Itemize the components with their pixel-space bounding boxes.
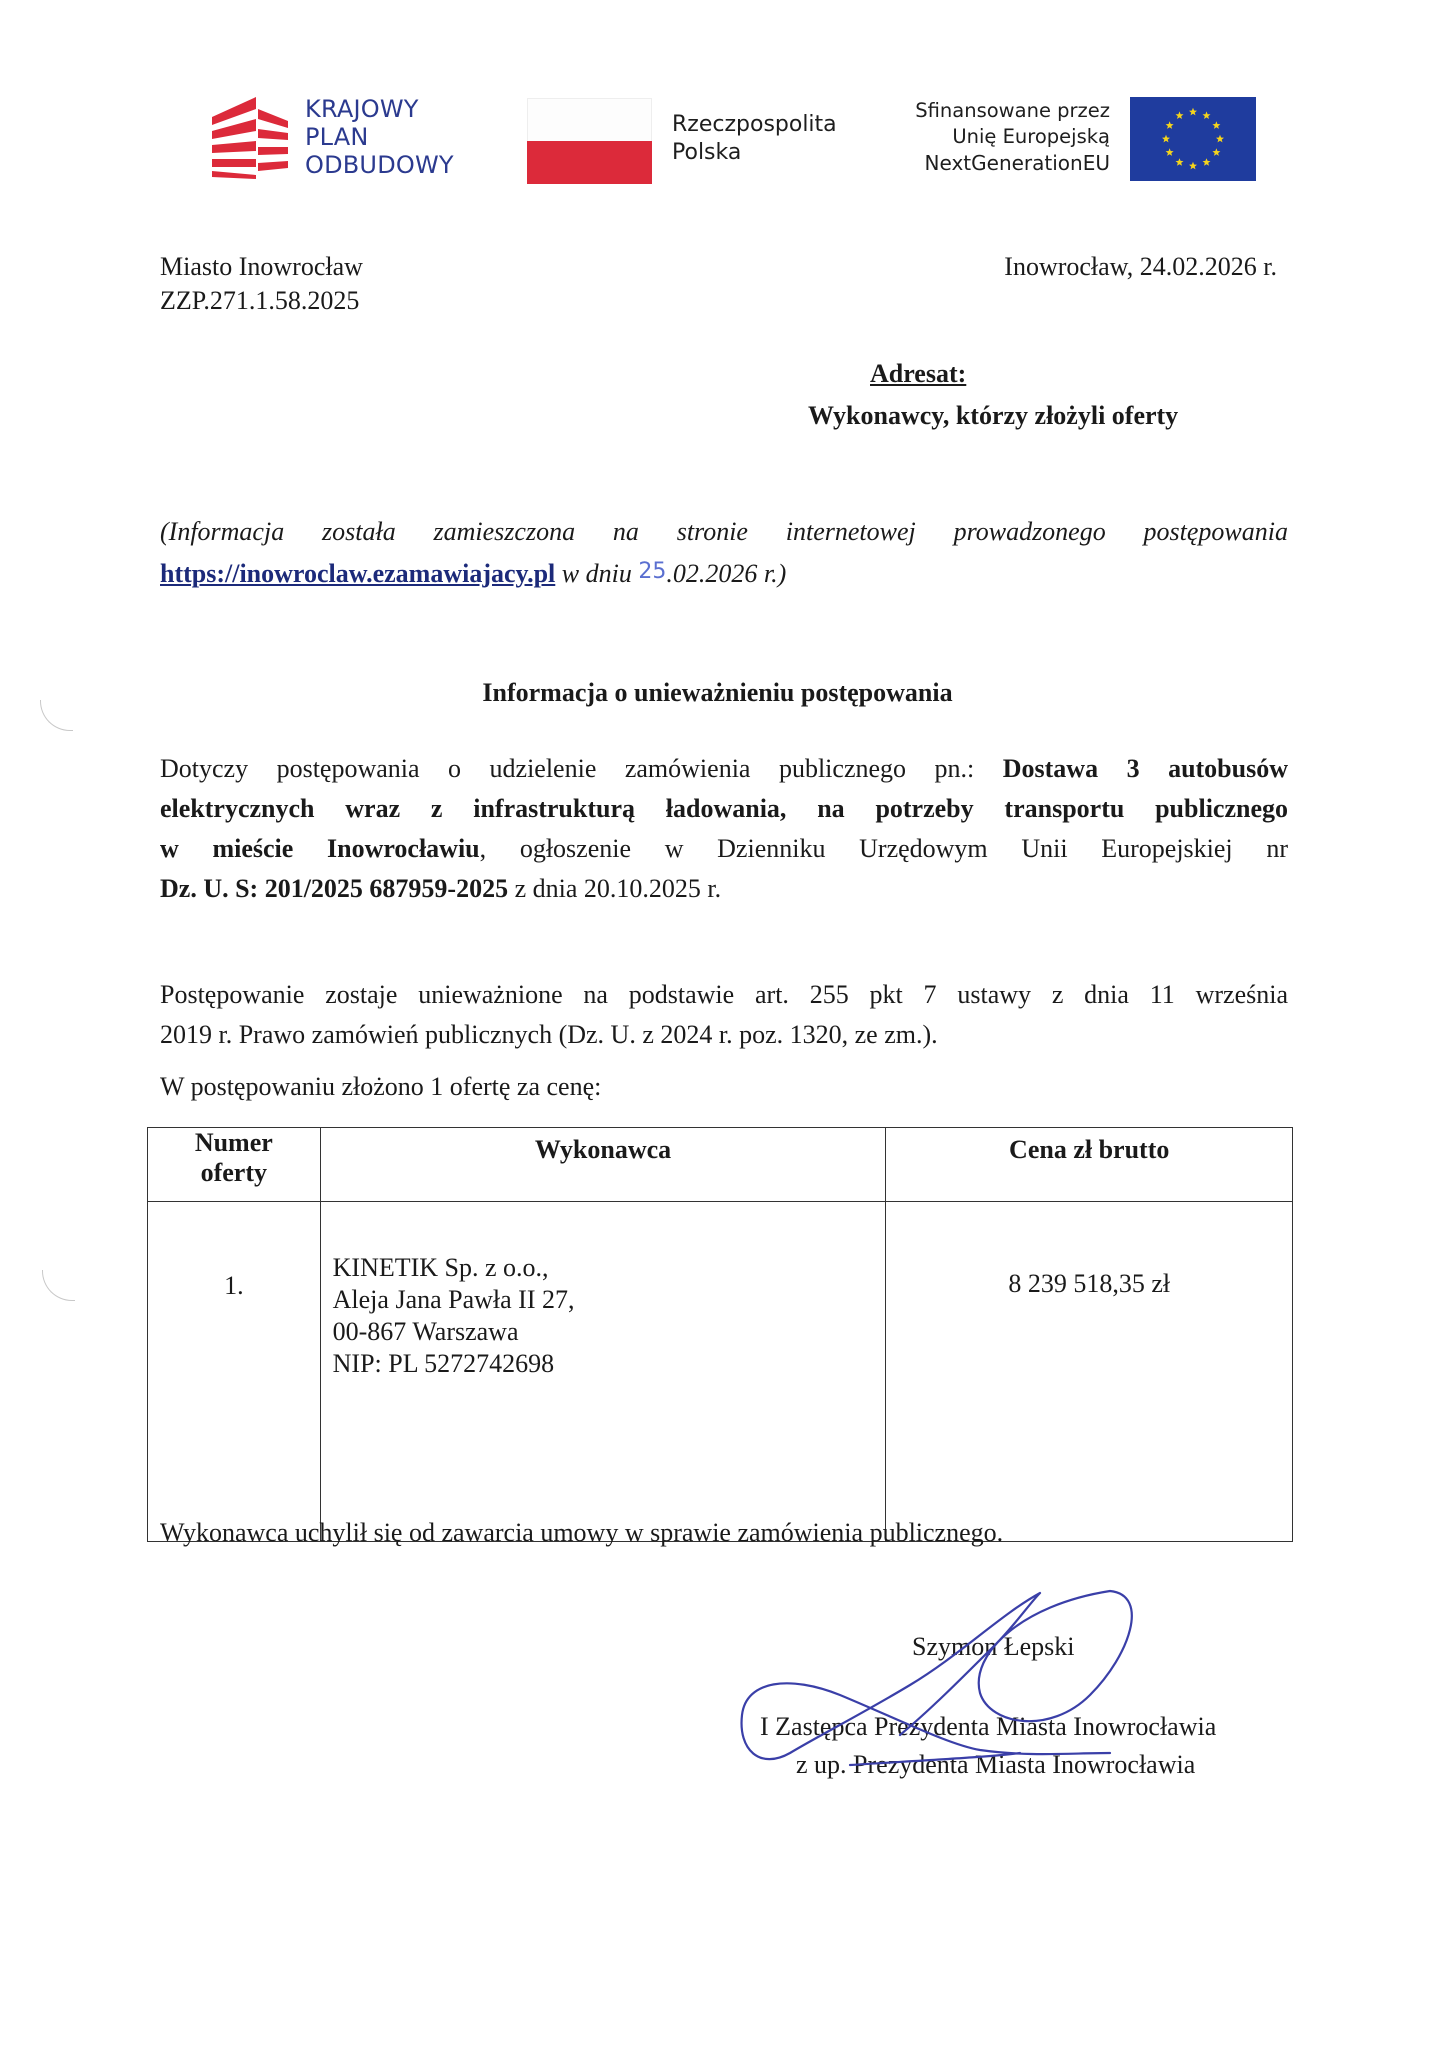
- offer-number: 1.: [148, 1202, 321, 1542]
- eu-funding-text: Sfinansowane przez Unię Europejską NextG…: [870, 98, 1110, 176]
- date-line: Inowrocław, 24.02.2026 r.: [1004, 250, 1277, 284]
- offers-table: Numer oferty Wykonawca Cena zł brutto 1.…: [147, 1127, 1293, 1542]
- document-title: Informacja o unieważnieniu postępowania: [0, 676, 1435, 710]
- scan-margin-mark: [40, 700, 73, 731]
- subject-paragraph: Dotyczy postępowania o udzielenie zamówi…: [160, 749, 1288, 909]
- contractor-street: Aleja Jana Pawła II 27,: [333, 1284, 886, 1316]
- handwritten-day: 25: [638, 559, 666, 584]
- contractor-nip: NIP: PL 5272742698: [333, 1348, 886, 1380]
- table-row: 1. KINETIK Sp. z o.o., Aleja Jana Pawła …: [148, 1202, 1293, 1542]
- contractor-details: KINETIK Sp. z o.o., Aleja Jana Pawła II …: [320, 1202, 886, 1542]
- eu-flag-icon: [1130, 97, 1256, 181]
- contractor-name: KINETIK Sp. z o.o.,: [333, 1252, 886, 1284]
- sender-name: Miasto Inowrocław: [160, 250, 363, 284]
- poland-logo-text: Rzeczpospolita Polska: [672, 111, 837, 167]
- addressee-recipients: Wykonawcy, którzy złożyli oferty: [808, 399, 1178, 433]
- kpo-logo-mark-icon: [210, 95, 290, 183]
- signatory-name: Szymon Łepski: [912, 1630, 1075, 1664]
- addressee-label: Adresat:: [870, 357, 966, 391]
- publication-note-line2: https://inowroclaw.ezamawiajacy.pl w dni…: [160, 557, 786, 593]
- closing-statement: Wykonawca uchylił się od zawarcia umowy …: [160, 1516, 1003, 1550]
- offers-intro: W postępowaniu złożono 1 ofertę za cenę:: [160, 1070, 601, 1104]
- column-header-offer-number: Numer oferty: [148, 1128, 321, 1202]
- contractor-city: 00-867 Warszawa: [333, 1316, 886, 1348]
- table-header-row: Numer oferty Wykonawca Cena zł brutto: [148, 1128, 1293, 1202]
- poland-flag-icon: [527, 98, 652, 184]
- offer-price: 8 239 518,35 zł: [886, 1202, 1293, 1542]
- publication-note-line1: (Informacja została zamieszczona na stro…: [160, 515, 1288, 549]
- scan-margin-mark: [42, 1270, 75, 1301]
- signatory-authority: z up. Prezydenta Miasta Inowrocławia: [796, 1748, 1195, 1782]
- case-reference: ZZP.271.1.58.2025: [160, 284, 363, 318]
- sender-block: Miasto Inowrocław ZZP.271.1.58.2025: [160, 250, 363, 318]
- column-header-contractor: Wykonawca: [320, 1128, 886, 1202]
- column-header-price: Cena zł brutto: [886, 1128, 1293, 1202]
- kpo-logo-text: KRAJOWY PLAN ODBUDOWY: [305, 95, 454, 179]
- procurement-platform-link[interactable]: https://inowroclaw.ezamawiajacy.pl: [160, 559, 555, 588]
- signatory-title: I Zastępca Prezydenta Miasta Inowrocławi…: [760, 1710, 1216, 1744]
- legal-basis-paragraph: Postępowanie zostaje unieważnione na pod…: [160, 975, 1288, 1055]
